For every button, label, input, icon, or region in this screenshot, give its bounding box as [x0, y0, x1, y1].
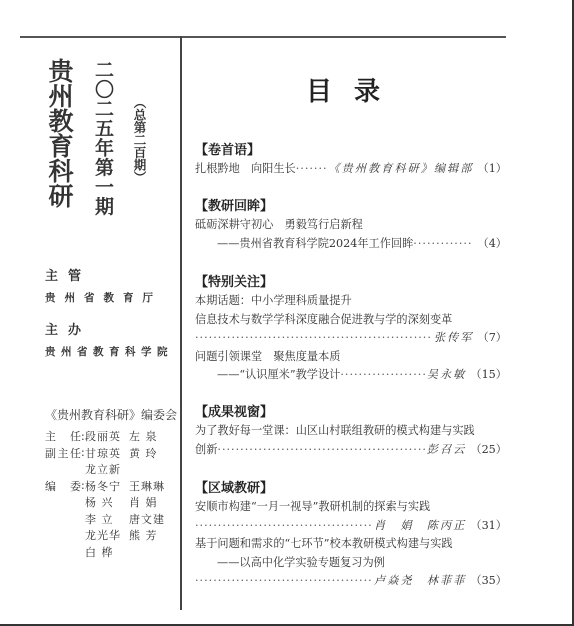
section-heading: 【成果视窗】 [195, 404, 507, 422]
board-row: 主任:段丽英左 泉 [45, 428, 177, 445]
total-issue: （总第二百期） [132, 96, 146, 184]
board-role: 编委 [45, 478, 81, 494]
toc-section: 【区域教研】安顺市构建“一月一视导”教研机制的探索与实践肖 娟 陈丙正（31）基… [195, 480, 507, 591]
board-row: 杨 兴肖 娟 [45, 494, 177, 511]
toc-entry: 为了教好每一堂课：山区山村联组教研的模式构建与实践 [195, 422, 507, 441]
board-row: 白 桦 [45, 544, 177, 561]
editorial-board: 《贵州教育科研》编委会 主任:段丽英左 泉副主任:甘琼英黄 玲龙立新编委:杨冬宁… [45, 406, 177, 560]
entry-title: 砥砺深耕守初心 勇毅笃行启新程 [195, 216, 363, 235]
toc-section: 【特别关注】本期话题：中小学理科质量提升信息技术与数学学科深度融合促进教与学的深… [195, 274, 507, 385]
entry-title: ——“认识厘米”教学设计 [217, 366, 340, 385]
section-heading: 【卷首语】 [195, 142, 507, 160]
entry-title: 为了教好每一堂课：山区山村联组教研的模式构建与实践 [195, 422, 475, 441]
entry-title: ——贵州省教育科学院2024年工作回眸 [217, 235, 413, 254]
supervisor-block: 主管 贵州省教育厅 [45, 265, 162, 305]
journal-title: 贵州教育科研 [44, 58, 74, 208]
board-member: 段丽英 [85, 428, 129, 444]
host-label: 主办 [45, 319, 173, 338]
leader-dots [340, 366, 424, 385]
leader-dots [195, 572, 372, 591]
entry-title: 信息技术与数学学科深度融合促进教与学的深刻变革 [195, 311, 452, 330]
toc-entry[interactable]: 创新彭召云（25） [195, 441, 507, 460]
board-member: 甘琼英 [85, 445, 129, 461]
board-role: 副主任 [45, 445, 81, 461]
board-member: 白 桦 [85, 544, 129, 560]
toc-entry[interactable]: ——“认识厘米”教学设计吴永敏（15） [195, 366, 507, 385]
toc-section: 【教研回眸】砥砺深耕守初心 勇毅笃行启新程——贵州省教育科学院2024年工作回眸… [195, 198, 507, 253]
toc-section: 【卷首语】扎根黔地 向阳生长《贵州教育科研》编辑部（1） [195, 142, 507, 179]
supervisor-label: 主管 [45, 265, 162, 284]
entry-title: 扎根黔地 向阳生长 [195, 160, 296, 179]
section-heading: 【教研回眸】 [195, 198, 507, 216]
board-member: 肖 娟 [129, 494, 173, 510]
entry-title: 问题引领课堂 聚焦度量本质 [195, 348, 340, 367]
entry-author: 卢焱尧 林菲菲 [372, 572, 466, 591]
leader-dots [195, 517, 372, 536]
toc-entry[interactable]: 卢焱尧 林菲菲（35） [195, 572, 507, 591]
top-rule [20, 36, 506, 38]
board-member: 李 立 [85, 511, 129, 527]
section-heading: 【区域教研】 [195, 480, 507, 498]
entry-page: （35） [466, 572, 507, 591]
board-member: 左 泉 [129, 428, 173, 444]
entry-page: （1） [474, 160, 508, 179]
entry-author: 《贵州教育科研》编辑部 [326, 160, 473, 179]
board-role: 主任 [45, 428, 81, 444]
entry-author: 吴永敏 [425, 366, 467, 385]
board-row: 李 立唐文建 [45, 511, 177, 528]
toc-entry: 信息技术与数学学科深度融合促进教与学的深刻变革 [195, 311, 507, 330]
board-member: 黄 玲 [129, 445, 173, 461]
host-block: 主办 贵州省教育科学院 [45, 319, 173, 359]
board-title: 《贵州教育科研》编委会 [45, 406, 177, 423]
board-member: 唐文建 [129, 511, 173, 527]
board-member: 熊 芳 [129, 527, 173, 543]
leader-dots [413, 235, 471, 254]
board-row: 编委:杨冬宁王琳琳 [45, 478, 177, 495]
toc-entry: ——以高中化学实验专题复习为例 [195, 554, 507, 573]
toc-entry: 砥砺深耕守初心 勇毅笃行启新程 [195, 216, 507, 235]
toc-entry[interactable]: 张传军（7） [195, 329, 507, 348]
toc-entry: 基于问题和需求的“七环节”校本教研模式构建与实践 [195, 535, 507, 554]
column-divider [180, 36, 182, 610]
entry-page: （4） [474, 235, 508, 254]
leader-dots [217, 441, 424, 460]
board-row: 龙光华熊 芳 [45, 527, 177, 544]
entry-title: 安顺市构建“一月一视导”教研机制的探索与实践 [195, 498, 430, 517]
entry-page: （25） [466, 441, 507, 460]
toc-title: 目录 [306, 71, 402, 108]
section-heading: 【特别关注】 [195, 274, 507, 292]
entry-author: 彭召云 [425, 441, 467, 460]
toc-entry: 本期话题：中小学理科质量提升 [195, 292, 507, 311]
board-member: 龙立新 [85, 461, 129, 477]
entry-title: 基于问题和需求的“七环节”校本教研模式构建与实践 [195, 535, 453, 554]
entry-author: 张传军 [432, 329, 474, 348]
entry-title: 本期话题：中小学理科质量提升 [195, 292, 352, 311]
issue-number: 二〇二五年第一期 [92, 60, 114, 216]
toc-entry[interactable]: 肖 娟 陈丙正（31） [195, 517, 507, 536]
board-member: 杨 兴 [85, 494, 129, 510]
entry-page: （7） [474, 329, 508, 348]
board-row: 副主任:甘琼英黄 玲 [45, 445, 177, 462]
toc-entry: 安顺市构建“一月一视导”教研机制的探索与实践 [195, 498, 507, 517]
host-name: 贵州省教育科学院 [45, 344, 173, 359]
toc-entry[interactable]: 扎根黔地 向阳生长《贵州教育科研》编辑部（1） [195, 160, 507, 179]
entry-page: （15） [466, 366, 507, 385]
entry-author: 肖 娟 陈丙正 [372, 517, 466, 536]
board-member: 杨冬宁 [85, 478, 129, 494]
toc-entry[interactable]: ——贵州省教育科学院2024年工作回眸（4） [195, 235, 507, 254]
toc-entry: 问题引领课堂 聚焦度量本质 [195, 348, 507, 367]
leader-dots [195, 329, 432, 348]
board-member: 龙光华 [85, 527, 129, 543]
supervisor-name: 贵州省教育厅 [45, 290, 162, 305]
board-row: 龙立新 [45, 461, 177, 478]
leader-dots [296, 160, 327, 179]
entry-title: 创新 [195, 441, 217, 460]
toc-section: 【成果视窗】为了教好每一堂课：山区山村联组教研的模式构建与实践创新彭召云（25） [195, 404, 507, 459]
board-member: 王琳琳 [129, 478, 173, 494]
entry-page: （31） [466, 517, 507, 536]
entry-title: ——以高中化学实验专题复习为例 [217, 554, 385, 573]
